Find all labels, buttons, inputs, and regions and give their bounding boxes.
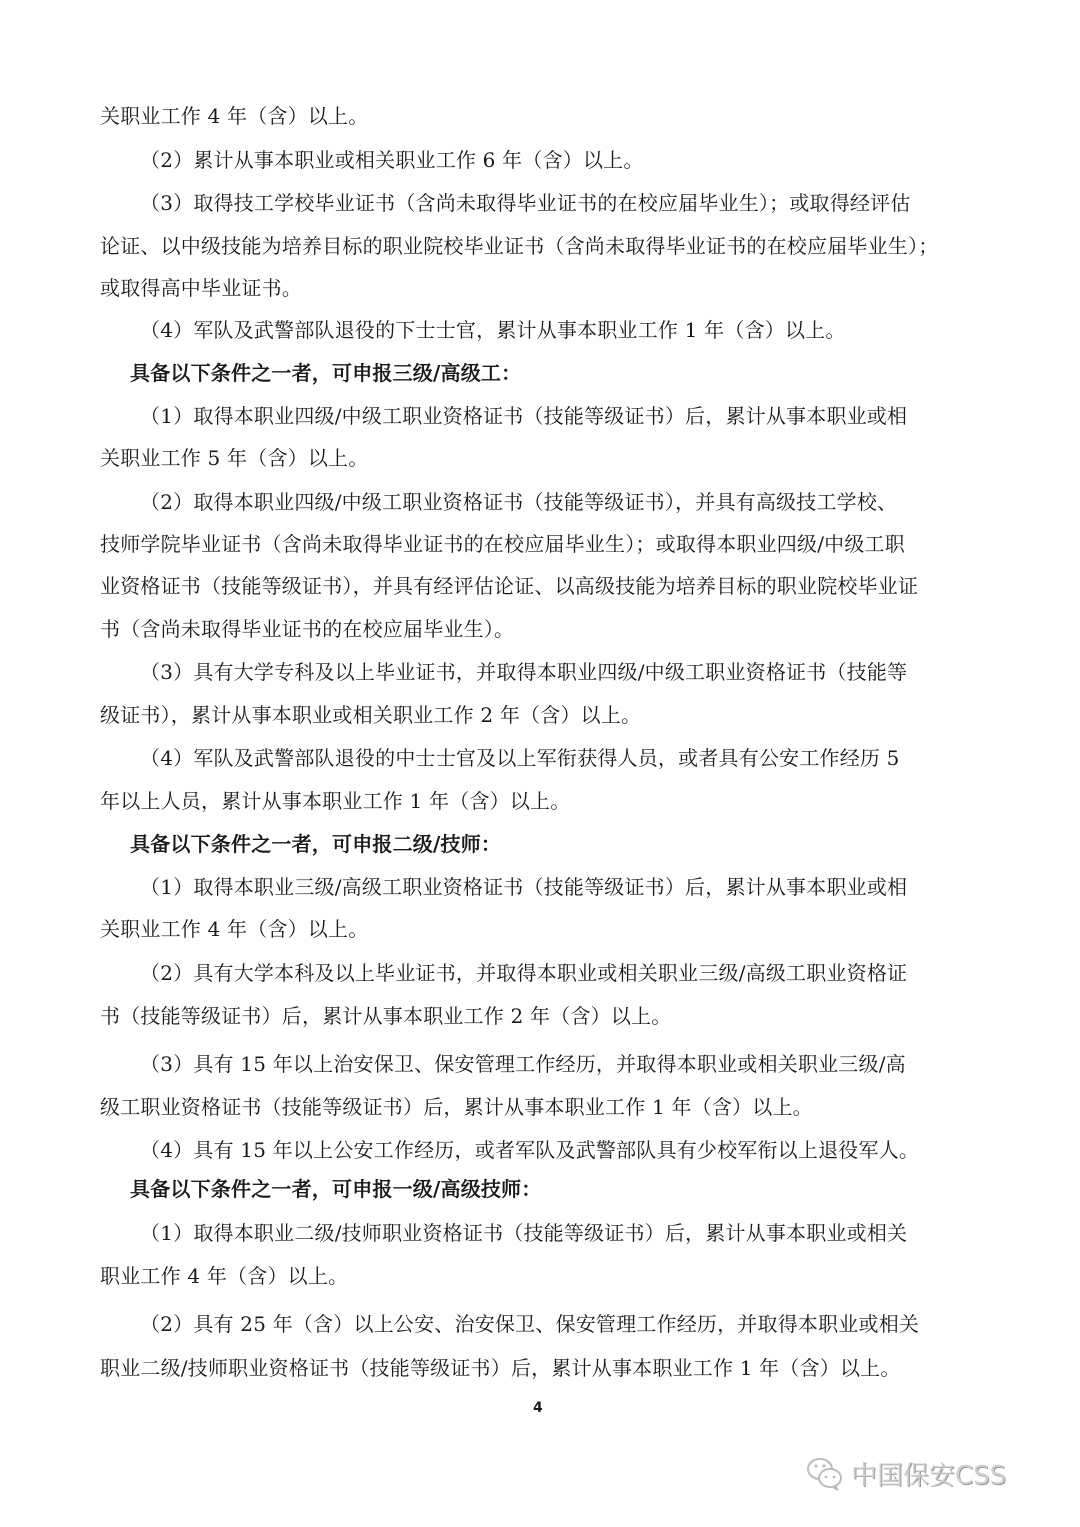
section-heading: 具备以下条件之一者，可申报二级/技师： (130, 832, 501, 856)
paragraph-line: 或取得高中毕业证书。 (100, 276, 302, 300)
paragraph-line: 技师学院毕业证书（含尚未取得毕业证书的在校应届毕业生）；或取得本职业四级/中级工… (100, 532, 905, 556)
paragraph-line: 关职业工作 5 年（含）以上。 (100, 446, 368, 470)
paragraph-line: （2）累计从事本职业或相关职业工作 6 年（含）以上。 (140, 148, 644, 172)
watermark-text: 中国保安CSS (851, 1455, 1006, 1492)
paragraph-line: 书（技能等级证书）后，累计从事本职业工作 2 年（含）以上。 (100, 1004, 671, 1028)
paragraph-line: 级证书），累计从事本职业或相关职业工作 2 年（含）以上。 (100, 703, 641, 727)
paragraph-line: （1）取得本职业三级/高级工职业资格证书（技能等级证书）后，累计从事本职业或相 (140, 875, 907, 899)
paragraph-line: （2）具有大学本科及以上毕业证书，并取得本职业或相关职业三级/高级工职业资格证 (140, 961, 907, 985)
paragraph-line: （4）具有 15 年以上公安工作经历，或者军队及武警部队具有少校军衔以上退役军人… (140, 1138, 919, 1162)
paragraph-line: （2）取得本职业四级/中级工职业资格证书（技能等级证书），并具有高级技工学校、 (140, 490, 897, 514)
section-heading: 具备以下条件之一者，可申报一级/高级技师： (130, 1177, 542, 1201)
paragraph-line: （4）军队及武警部队退役的下士士官，累计从事本职业工作 1 年（含）以上。 (140, 318, 846, 342)
wechat-icon (805, 1456, 845, 1492)
watermark: 中国保安CSS (805, 1455, 1006, 1492)
paragraph-line: （3）具有大学专科及以上毕业证书，并取得本职业四级/中级工职业资格证书（技能等 (140, 660, 907, 684)
paragraph-line: 职业工作 4 年（含）以上。 (100, 1264, 348, 1288)
paragraph-line: （2）具有 25 年（含）以上公安、治安保卫、保安管理工作经历，并取得本职业或相… (140, 1312, 919, 1336)
paragraph-line: （4）军队及武警部队退役的中士士官及以上军衔获得人员，或者具有公安工作经历 5 (140, 746, 900, 770)
paragraph-line: 职业二级/技师职业资格证书（技能等级证书）后，累计从事本职业工作 1 年（含）以… (100, 1356, 901, 1380)
section-heading: 具备以下条件之一者，可申报三级/高级工： (130, 361, 521, 385)
paragraph-line: （1）取得本职业二级/技师职业资格证书（技能等级证书）后，累计从事本职业或相关 (140, 1221, 907, 1245)
paragraph-line: 关职业工作 4 年（含）以上。 (100, 917, 368, 941)
paragraph-line: （3）具有 15 年以上治安保卫、保安管理工作经历，并取得本职业或相关职业三级/… (140, 1052, 906, 1076)
paragraph-line: （1）取得本职业四级/中级工职业资格证书（技能等级证书）后，累计从事本职业或相 (140, 404, 907, 428)
paragraph-line: 书（含尚未取得毕业证书的在校应届毕业生）。 (100, 617, 514, 641)
page-number: 4 (533, 1400, 543, 1416)
paragraph-line: （3）取得技工学校毕业证书（含尚未取得毕业证书的在校应届毕业生）；或取得经评估 (140, 191, 911, 215)
document-page: 关职业工作 4 年（含）以上。（2）累计从事本职业或相关职业工作 6 年（含）以… (0, 0, 1080, 1527)
paragraph-line: 业资格证书（技能等级证书），并具有经评估论证、以高级技能为培养目标的职业院校毕业… (100, 574, 918, 598)
paragraph-line: 论证、以中级技能为培养目标的职业院校毕业证书（含尚未取得毕业证书的在校应届毕业生… (100, 234, 938, 258)
paragraph-line: 年以上人员，累计从事本职业工作 1 年（含）以上。 (100, 789, 570, 813)
paragraph-line: 级工职业资格证书（技能等级证书）后，累计从事本职业工作 1 年（含）以上。 (100, 1095, 813, 1119)
paragraph-line: 关职业工作 4 年（含）以上。 (100, 104, 368, 128)
